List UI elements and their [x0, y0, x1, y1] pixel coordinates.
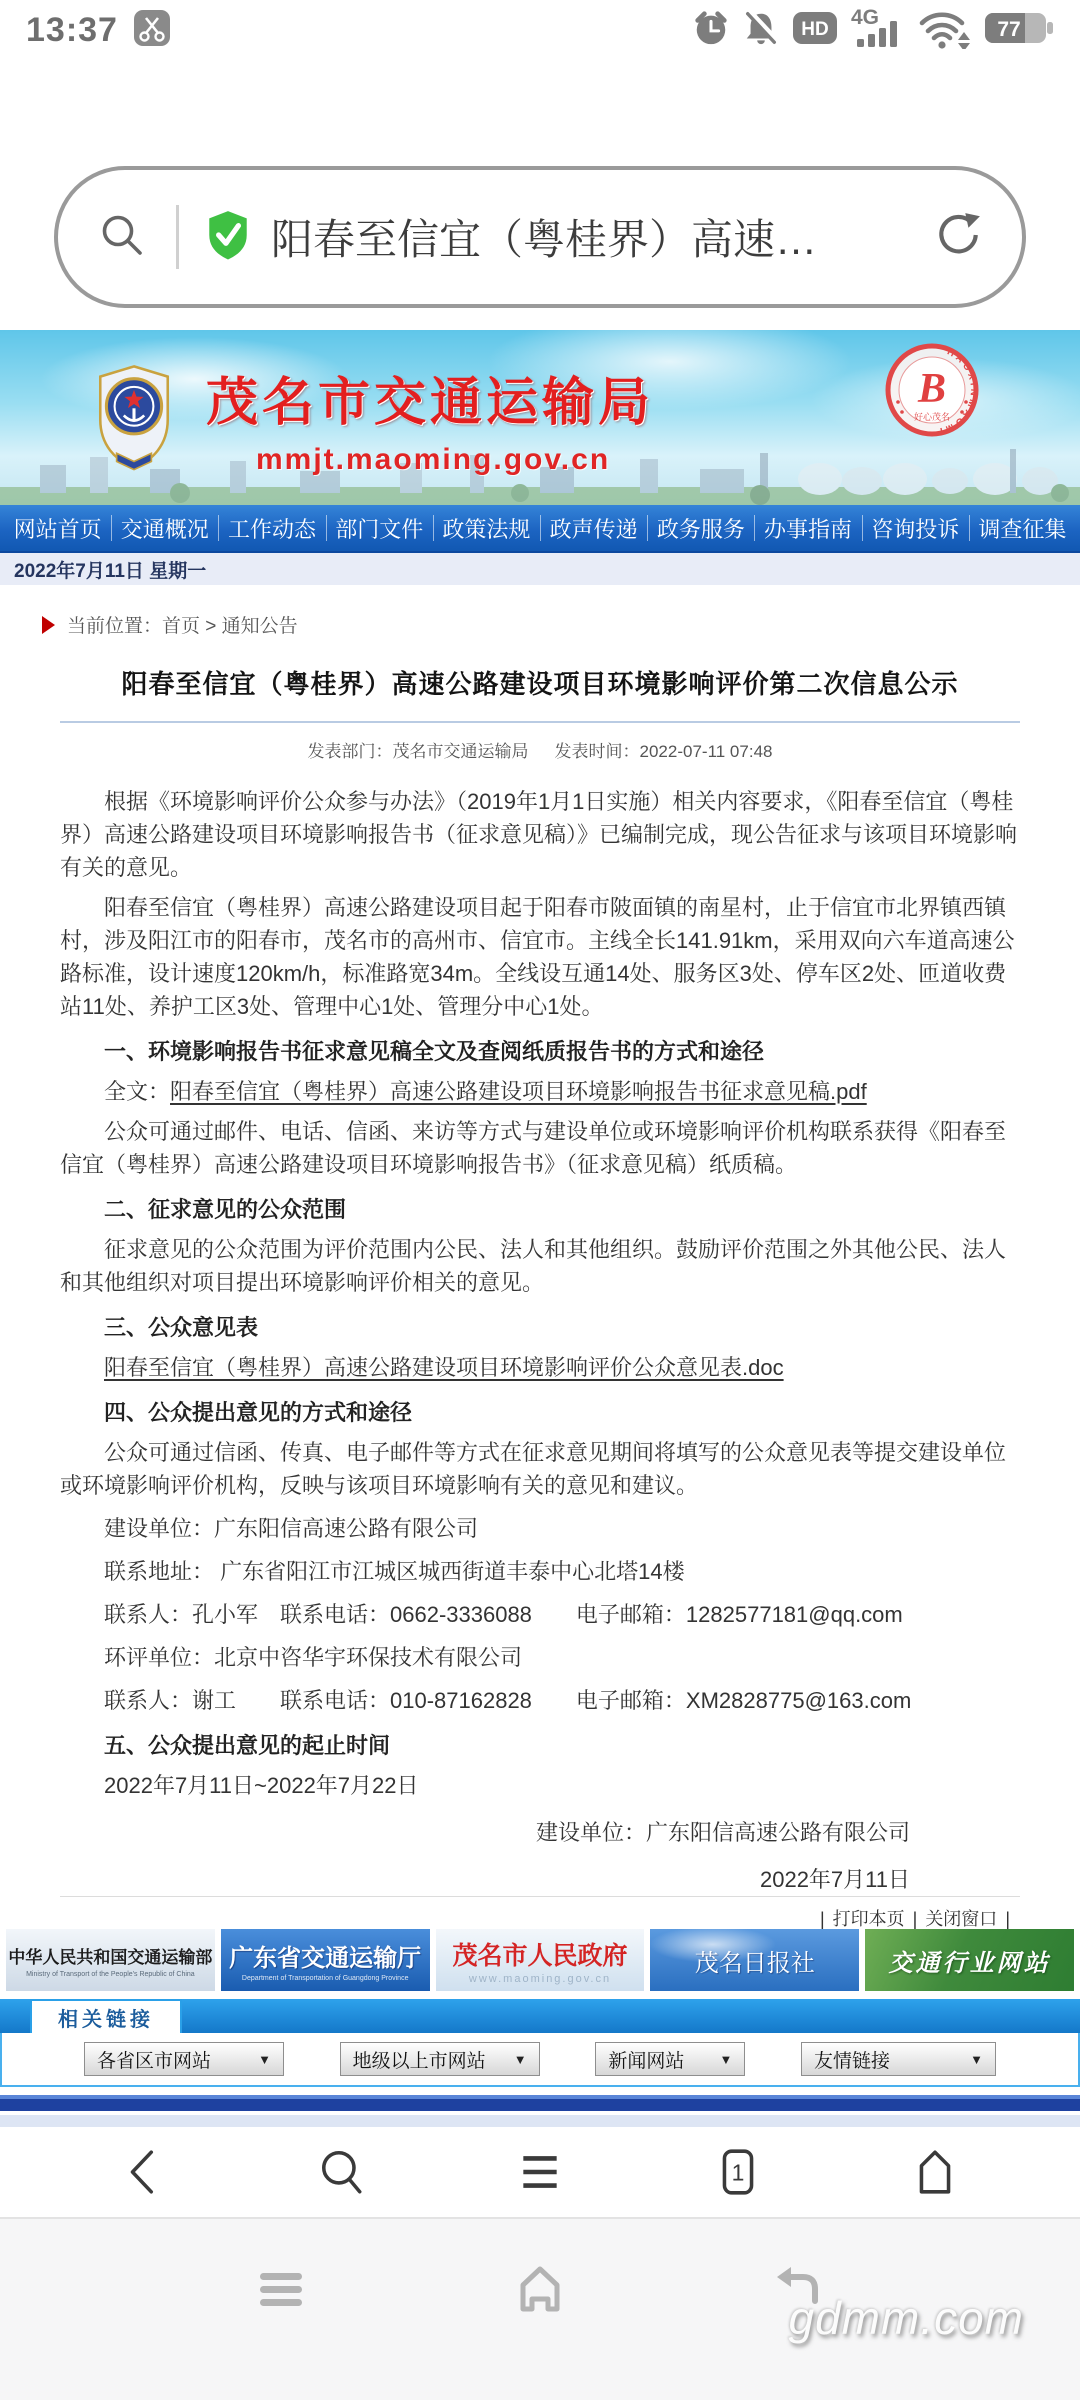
nav-item-news[interactable]: 工作动态 [218, 505, 325, 551]
svg-text:4G: 4G [851, 7, 879, 29]
related-links-tab[interactable]: 相关链接 [30, 1999, 182, 2033]
paragraph: 根据《环境影响评价公众参与办法》（2019年1月1日实施）相关内容要求，《阳春至… [60, 785, 1020, 884]
section-heading-2: 二、征求意见的公众范围 [60, 1193, 1020, 1226]
signature-date: 2022年7月11日 [60, 1863, 1020, 1896]
system-home-button[interactable] [514, 2263, 566, 2315]
chevron-down-icon: ▼ [514, 2052, 527, 2067]
contact-address: 联系地址： 广东省阳江市江城区城西街道丰泰中心北塔14楼 [60, 1555, 1020, 1588]
doc-opinion-form-link[interactable]: 阳春至信宜（粤桂界）高速公路建设项目环境影响评价公众意见表.doc [104, 1355, 784, 1380]
wifi-icon [918, 7, 972, 54]
section-heading-1: 一、环境影响报告书征求意见稿全文及查阅纸质报告书的方式和途径 [60, 1035, 1020, 1068]
nav-item-services[interactable]: 政务服务 [647, 505, 754, 551]
print-page-link[interactable]: 打印本页 [833, 1909, 905, 1929]
section-heading-3: 三、公众意见表 [60, 1311, 1020, 1344]
system-menu-button[interactable] [255, 2263, 307, 2315]
banner-ministry-of-transport[interactable]: 中华人民共和国交通运输部 Ministry of Transport of th… [6, 1929, 215, 1991]
nav-item-voice[interactable]: 政声传递 [540, 505, 647, 551]
fulltext-label: 全文： [104, 1079, 170, 1104]
banner-maoming-government[interactable]: 茂名市人民政府 www.maoming.gov.cn [436, 1929, 645, 1991]
related-links-box: 各省区市网站 ▼ 地级以上市网站 ▼ 新闻网站 ▼ 友情链接 ▼ [0, 2033, 1080, 2087]
nav-item-documents[interactable]: 部门文件 [326, 505, 433, 551]
print-close-row: |打印本页|关闭窗口| [60, 1896, 1020, 1929]
alarm-icon [692, 9, 730, 52]
banner-guangdong-transport-dept[interactable]: 广东省交通运输厅 Department of Transportation of… [221, 1929, 430, 1991]
back-button[interactable] [120, 2147, 170, 2197]
system-navigation-bar: gdmm.com [0, 2217, 1080, 2400]
nav-item-policy[interactable]: 政策法规 [433, 505, 540, 551]
article-meta: 发表部门：茂名市交通运输局 发表时间：2022-07-11 07:48 [60, 737, 1020, 762]
tabs-button[interactable]: 1 [713, 2147, 763, 2197]
main-nav: 网站首页 交通概况 工作动态 部门文件 政策法规 政声传递 政务服务 办事指南 … [0, 505, 1080, 553]
footer-navy-bar [0, 2095, 1080, 2111]
title-divider [60, 721, 1020, 723]
comment-period: 2022年7月11日~2022年7月22日 [60, 1769, 1020, 1802]
dropdown-province-sites[interactable]: 各省区市网站 ▼ [84, 2042, 284, 2076]
svg-text:1: 1 [731, 2159, 744, 2185]
signal-4g-icon: 4G [850, 7, 906, 54]
contact-person-1: 联系人：孔小军 联系电话：0662-3336088 电子邮箱：128257718… [60, 1598, 1020, 1631]
chevron-down-icon: ▼ [719, 2052, 732, 2067]
site-url: mmjt.maoming.gov.cn [256, 443, 654, 477]
breadcrumb: 当前位置： 首页 > 通知公告 [60, 585, 1020, 638]
close-window-link[interactable]: 关闭窗口 [925, 1909, 997, 1929]
transport-bureau-emblem [88, 362, 180, 477]
section-heading-5: 五、公众提出意见的起止时间 [60, 1729, 1020, 1762]
banner-maoming-daily[interactable]: 茂名日报社 [650, 1929, 859, 1991]
contact-builder: 建设单位：广东阳信高速公路有限公司 [60, 1512, 1020, 1545]
paragraph: 阳春至信宜（粤桂界）高速公路建设项目起于阳春市陂面镇的南星村，止于信宜市北界镇西… [60, 891, 1020, 1023]
menu-button[interactable] [515, 2147, 565, 2197]
browser-toolbar: 1 [0, 2127, 1080, 2217]
svg-text:B: B [917, 366, 946, 412]
nav-item-home[interactable]: 网站首页 [4, 505, 111, 551]
nav-item-survey[interactable]: 调查征集 [969, 505, 1076, 551]
svg-text:77: 77 [997, 18, 1020, 41]
dropdown-city-sites[interactable]: 地级以上市网站 ▼ [340, 2042, 540, 2076]
pdf-report-link[interactable]: 阳春至信宜（粤桂界）高速公路建设项目环境影响报告书征求意见稿.pdf [170, 1079, 867, 1104]
status-time: 13:37 [26, 11, 118, 50]
related-links-bar: 相关链接 [0, 1999, 1080, 2033]
secure-shield-icon[interactable] [205, 209, 251, 266]
url-bar[interactable]: 阳春至信宜（粤桂界）高速… [54, 166, 1026, 308]
article-body: 根据《环境影响评价公众参与办法》（2019年1月1日实施）相关内容要求，《阳春至… [60, 778, 1020, 1896]
refresh-icon[interactable] [934, 211, 982, 264]
partner-banner-row: 中华人民共和国交通运输部 Ministry of Transport of th… [0, 1929, 1080, 1991]
page-title-url[interactable]: 阳春至信宜（粤桂界）高速… [271, 207, 918, 267]
related-links-section: 相关链接 各省区市网站 ▼ 地级以上市网站 ▼ 新闻网站 ▼ 友情链接 ▼ [0, 1999, 1080, 2127]
svg-text:HD: HD [801, 19, 828, 40]
home-button[interactable] [910, 2147, 960, 2197]
site-banner: 茂名市交通运输局 mmjt.maoming.gov.cn HAOXINMAOMI… [0, 330, 1080, 505]
paragraph: 公众可通过邮件、电话、信函、来访等方式与建设单位或环境影响评价机构联系获得《阳春… [60, 1115, 1020, 1181]
nav-item-complaints[interactable]: 咨询投诉 [862, 505, 969, 551]
contact-eia-agency: 环评单位：北京中咨华宇环保技术有限公司 [60, 1641, 1020, 1674]
dropdown-friend-links[interactable]: 友情链接 ▼ [801, 2042, 996, 2076]
web-page: 茂名市交通运输局 mmjt.maoming.gov.cn HAOXINMAOMI… [0, 330, 1080, 2127]
footer-light-strip [0, 2115, 1080, 2127]
battery-icon: 77 [984, 10, 1054, 51]
section-heading-4: 四、公众提出意见的方式和途径 [60, 1396, 1020, 1429]
breadcrumb-arrow-icon [42, 616, 55, 634]
search-icon [98, 211, 146, 264]
meta-publish-time: 发表时间：2022-07-11 07:48 [555, 737, 773, 762]
separator: | [913, 1909, 918, 1929]
article-title: 阳春至信宜（粤桂界）高速公路建设项目环境影响评价第二次信息公示 [60, 664, 1020, 701]
article: 当前位置： 首页 > 通知公告 阳春至信宜（粤桂界）高速公路建设项目环境影响评价… [0, 585, 1080, 1929]
chevron-down-icon: ▼ [970, 2052, 983, 2067]
separator: | [820, 1909, 825, 1929]
breadcrumb-label: 当前位置： [67, 611, 162, 638]
dropdown-news-sites[interactable]: 新闻网站 ▼ [595, 2042, 745, 2076]
banner-transport-industry-site[interactable]: 交通行业网站 [865, 1929, 1074, 1991]
search-button[interactable] [317, 2147, 367, 2197]
signature-company: 建设单位：广东阳信高速公路有限公司 [60, 1816, 1020, 1849]
browser-url-section: 阳春至信宜（粤桂界）高速… [0, 60, 1080, 330]
svg-text:好心茂名: 好心茂名 [914, 411, 950, 422]
screenshot-scissors-icon [132, 8, 172, 53]
nav-item-guide[interactable]: 办事指南 [754, 505, 861, 551]
paragraph: 公众可通过信函、传真、电子邮件等方式在征求意见期间将填写的公众意见表等提交建设单… [60, 1436, 1020, 1502]
chevron-down-icon: ▼ [258, 2052, 271, 2067]
paragraph: 征求意见的公众范围为评价范围内公民、法人和其他组织。鼓励评价范围之外其他公民、法… [60, 1233, 1020, 1299]
watermark: gdmm.com [789, 2291, 1024, 2345]
fulltext-line: 全文：阳春至信宜（粤桂界）高速公路建设项目环境影响报告书征求意见稿.pdf [60, 1075, 1020, 1108]
hd-icon: HD [792, 10, 838, 51]
haoxin-maoming-seal-icon: HAOXINMAOMING B 好心茂名 [884, 342, 980, 443]
breadcrumb-path[interactable]: 首页 > 通知公告 [162, 611, 298, 638]
status-bar: 13:37 HD 4G 77 [0, 0, 1080, 60]
site-name: 茂名市交通运输局 [206, 360, 654, 435]
meta-department: 发表部门：茂名市交通运输局 [308, 737, 529, 762]
contact-person-2: 联系人：谢工 联系电话：010-87162828 电子邮箱：XM2828775@… [60, 1684, 1020, 1717]
mute-bell-icon [742, 9, 780, 52]
url-divider [176, 205, 179, 269]
date-bar: 2022年7月11日 星期一 [0, 553, 1080, 585]
nav-item-overview[interactable]: 交通概况 [111, 505, 218, 551]
separator: | [1005, 1909, 1010, 1929]
